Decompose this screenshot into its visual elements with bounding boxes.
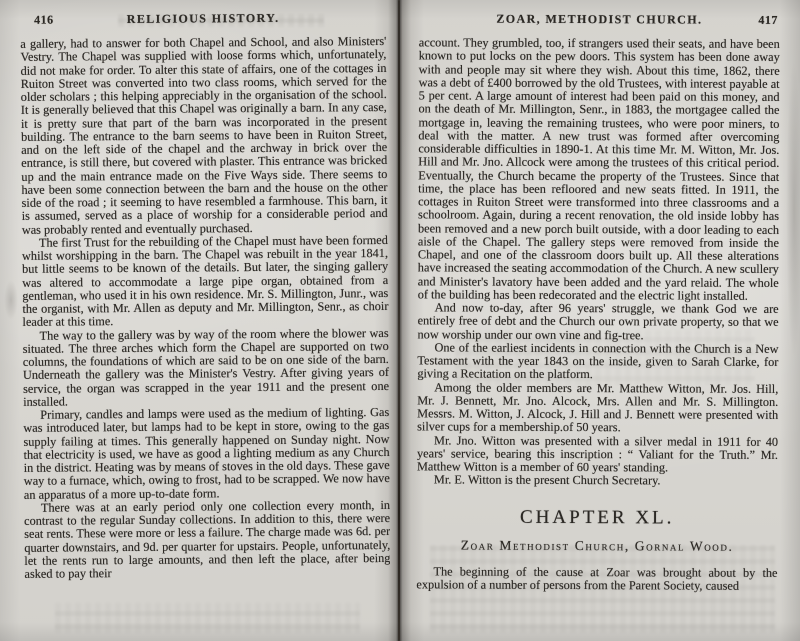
right-running-head: ZOAR, METHODIST CHURCH. [419,11,780,28]
left-running-head-row: 416 RELIGIOUS HISTORY. [20,10,386,31]
page-right: 417 ZOAR, METHODIST CHURCH. account. The… [410,0,800,641]
body-paragraph: One of the earliest incidents in connect… [417,341,778,382]
body-paragraph: Primary, candles and lamps were used as … [23,406,390,502]
right-page-body: account. They grumbled, too, if stranger… [417,36,780,488]
right-running-head-row: 417 ZOAR, METHODIST CHURCH. [419,11,780,31]
left-page-number: 416 [34,13,54,28]
book-spread: 416 RELIGIOUS HISTORY. a gallery, had to… [0,0,800,641]
binding-crease [398,0,400,641]
body-paragraph: Mr. E. Witton is the present Church Secr… [417,474,778,489]
body-paragraph: The first Trust for the rebuilding of th… [22,234,389,330]
left-page-body: a gallery, had to answer for both Chapel… [20,35,390,581]
body-paragraph: The beginning of the cause at Zoar was b… [416,565,777,593]
body-paragraph: Mr. Jno. Witton was presented with a sil… [417,434,778,475]
body-paragraph: a gallery, had to answer for both Chapel… [20,35,388,237]
chapter-block: CHAPTER XL. Zoar Methodist Church, Gorna… [417,506,778,555]
chapter-subheading: Zoar Methodist Church, Gornal Wood. [417,537,778,555]
body-paragraph: There was at an early period only one co… [24,499,390,581]
right-page-number: 417 [758,13,778,28]
body-paragraph: The way to the gallery was by way of the… [23,326,390,408]
chapter-heading: CHAPTER XL. [417,506,778,530]
body-paragraph: account. They grumbled, too, if stranger… [418,36,780,303]
left-running-head: RELIGIOUS HISTORY. [20,10,386,28]
body-paragraph: And now to-day, after 96 years' struggle… [418,301,779,342]
chapter-body: The beginning of the cause at Zoar was b… [416,565,777,593]
body-paragraph: Among the older members are Mr. Matthew … [417,381,778,436]
page-left: 416 RELIGIOUS HISTORY. a gallery, had to… [0,0,390,641]
